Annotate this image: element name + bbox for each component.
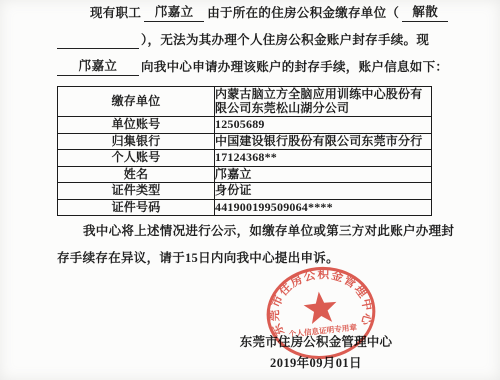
table-row: 个人账号 17124368** bbox=[58, 150, 432, 167]
row-value: 身份证 bbox=[215, 183, 432, 200]
issue-date: 2019年09月01日 bbox=[238, 353, 394, 371]
row-value: 内蒙古脑立方全脑应用训练中心股份有限公司东莞松山湖分公司 bbox=[215, 87, 432, 117]
issuer-name: 东莞市住房公积金管理中心 bbox=[238, 332, 394, 350]
notice-line2-text: ），无法为其办理个人住房公积金账户封存手续。现 bbox=[141, 33, 429, 47]
row-value: 441900199509064**** bbox=[215, 199, 432, 216]
row-value: 中国建设银行股份有限公司东莞市分行 bbox=[215, 133, 432, 150]
table-row: 缴存单位 内蒙古脑立方全脑应用训练中心股份有限公司东莞松山湖分公司 bbox=[58, 87, 432, 117]
account-info-table: 缴存单位 内蒙古脑立方全脑应用训练中心股份有限公司东莞松山湖分公司 单位账号 1… bbox=[57, 86, 432, 216]
notice-line-2: ），无法为其办理个人住房公积金账户封存手续。现 bbox=[57, 31, 429, 49]
employee-name-blank: 邝嘉立 bbox=[144, 4, 204, 22]
table-row: 证件类型 身份证 bbox=[58, 183, 432, 200]
row-label: 归集银行 bbox=[58, 133, 215, 150]
footer-block: 东莞市住房公积金管理中心 2019年09月01日 bbox=[238, 332, 394, 371]
seal-ring-text: 东莞市住房公积金管理中心 bbox=[264, 266, 377, 339]
notice-prefix: 现有职工 bbox=[90, 6, 141, 20]
seal-ring-text-wrap: 东莞市住房公积金管理中心 bbox=[264, 266, 377, 339]
star-icon bbox=[302, 290, 338, 325]
reason-blank: 解散 bbox=[402, 4, 448, 22]
row-label: 证件号码 bbox=[58, 199, 215, 216]
row-value: 12505689 bbox=[215, 117, 432, 134]
notice-line-1: 现有职工邝嘉立由于所在的住房公积金缴存单位（解散 bbox=[90, 4, 448, 22]
row-label: 证件类型 bbox=[58, 183, 215, 200]
row-label: 缴存单位 bbox=[58, 87, 215, 117]
table-row: 单位账号 12505689 bbox=[58, 117, 432, 134]
row-label: 姓名 bbox=[58, 166, 215, 183]
row-label: 单位账号 bbox=[58, 117, 215, 134]
empty-blank bbox=[57, 31, 139, 49]
applicant-name-blank: 邝嘉立 bbox=[57, 58, 139, 76]
row-value: 17124368** bbox=[215, 150, 432, 167]
row-value: 邝嘉立 bbox=[215, 166, 432, 183]
notice-line3-text: 向我中心申请办理该账户的封存手续，账户信息如下： bbox=[141, 60, 448, 74]
notice-document: 现有职工邝嘉立由于所在的住房公积金缴存单位（解散 ），无法为其办理个人住房公积金… bbox=[0, 0, 500, 380]
table-row: 归集银行 中国建设银行股份有限公司东莞市分行 bbox=[58, 133, 432, 150]
notice-mid: 由于所在的住房公积金缴存单位（ bbox=[207, 6, 399, 20]
notice-line-3: 邝嘉立向我中心申请办理该账户的封存手续，账户信息如下： bbox=[57, 58, 448, 76]
closing-line-2: 存手续存在异议，请于15日内向我中心提出申诉。 bbox=[57, 248, 437, 266]
table-row: 证件号码 441900199509064**** bbox=[58, 199, 432, 216]
closing-paragraph: 我中心将上述情况进行公示，如缴存单位或第三方对此账户办理封 存手续存在异议，请于… bbox=[57, 221, 437, 266]
closing-line-1: 我中心将上述情况进行公示，如缴存单位或第三方对此账户办理封 bbox=[57, 221, 437, 239]
row-label: 个人账号 bbox=[58, 150, 215, 167]
table-row: 姓名 邝嘉立 bbox=[58, 166, 432, 183]
